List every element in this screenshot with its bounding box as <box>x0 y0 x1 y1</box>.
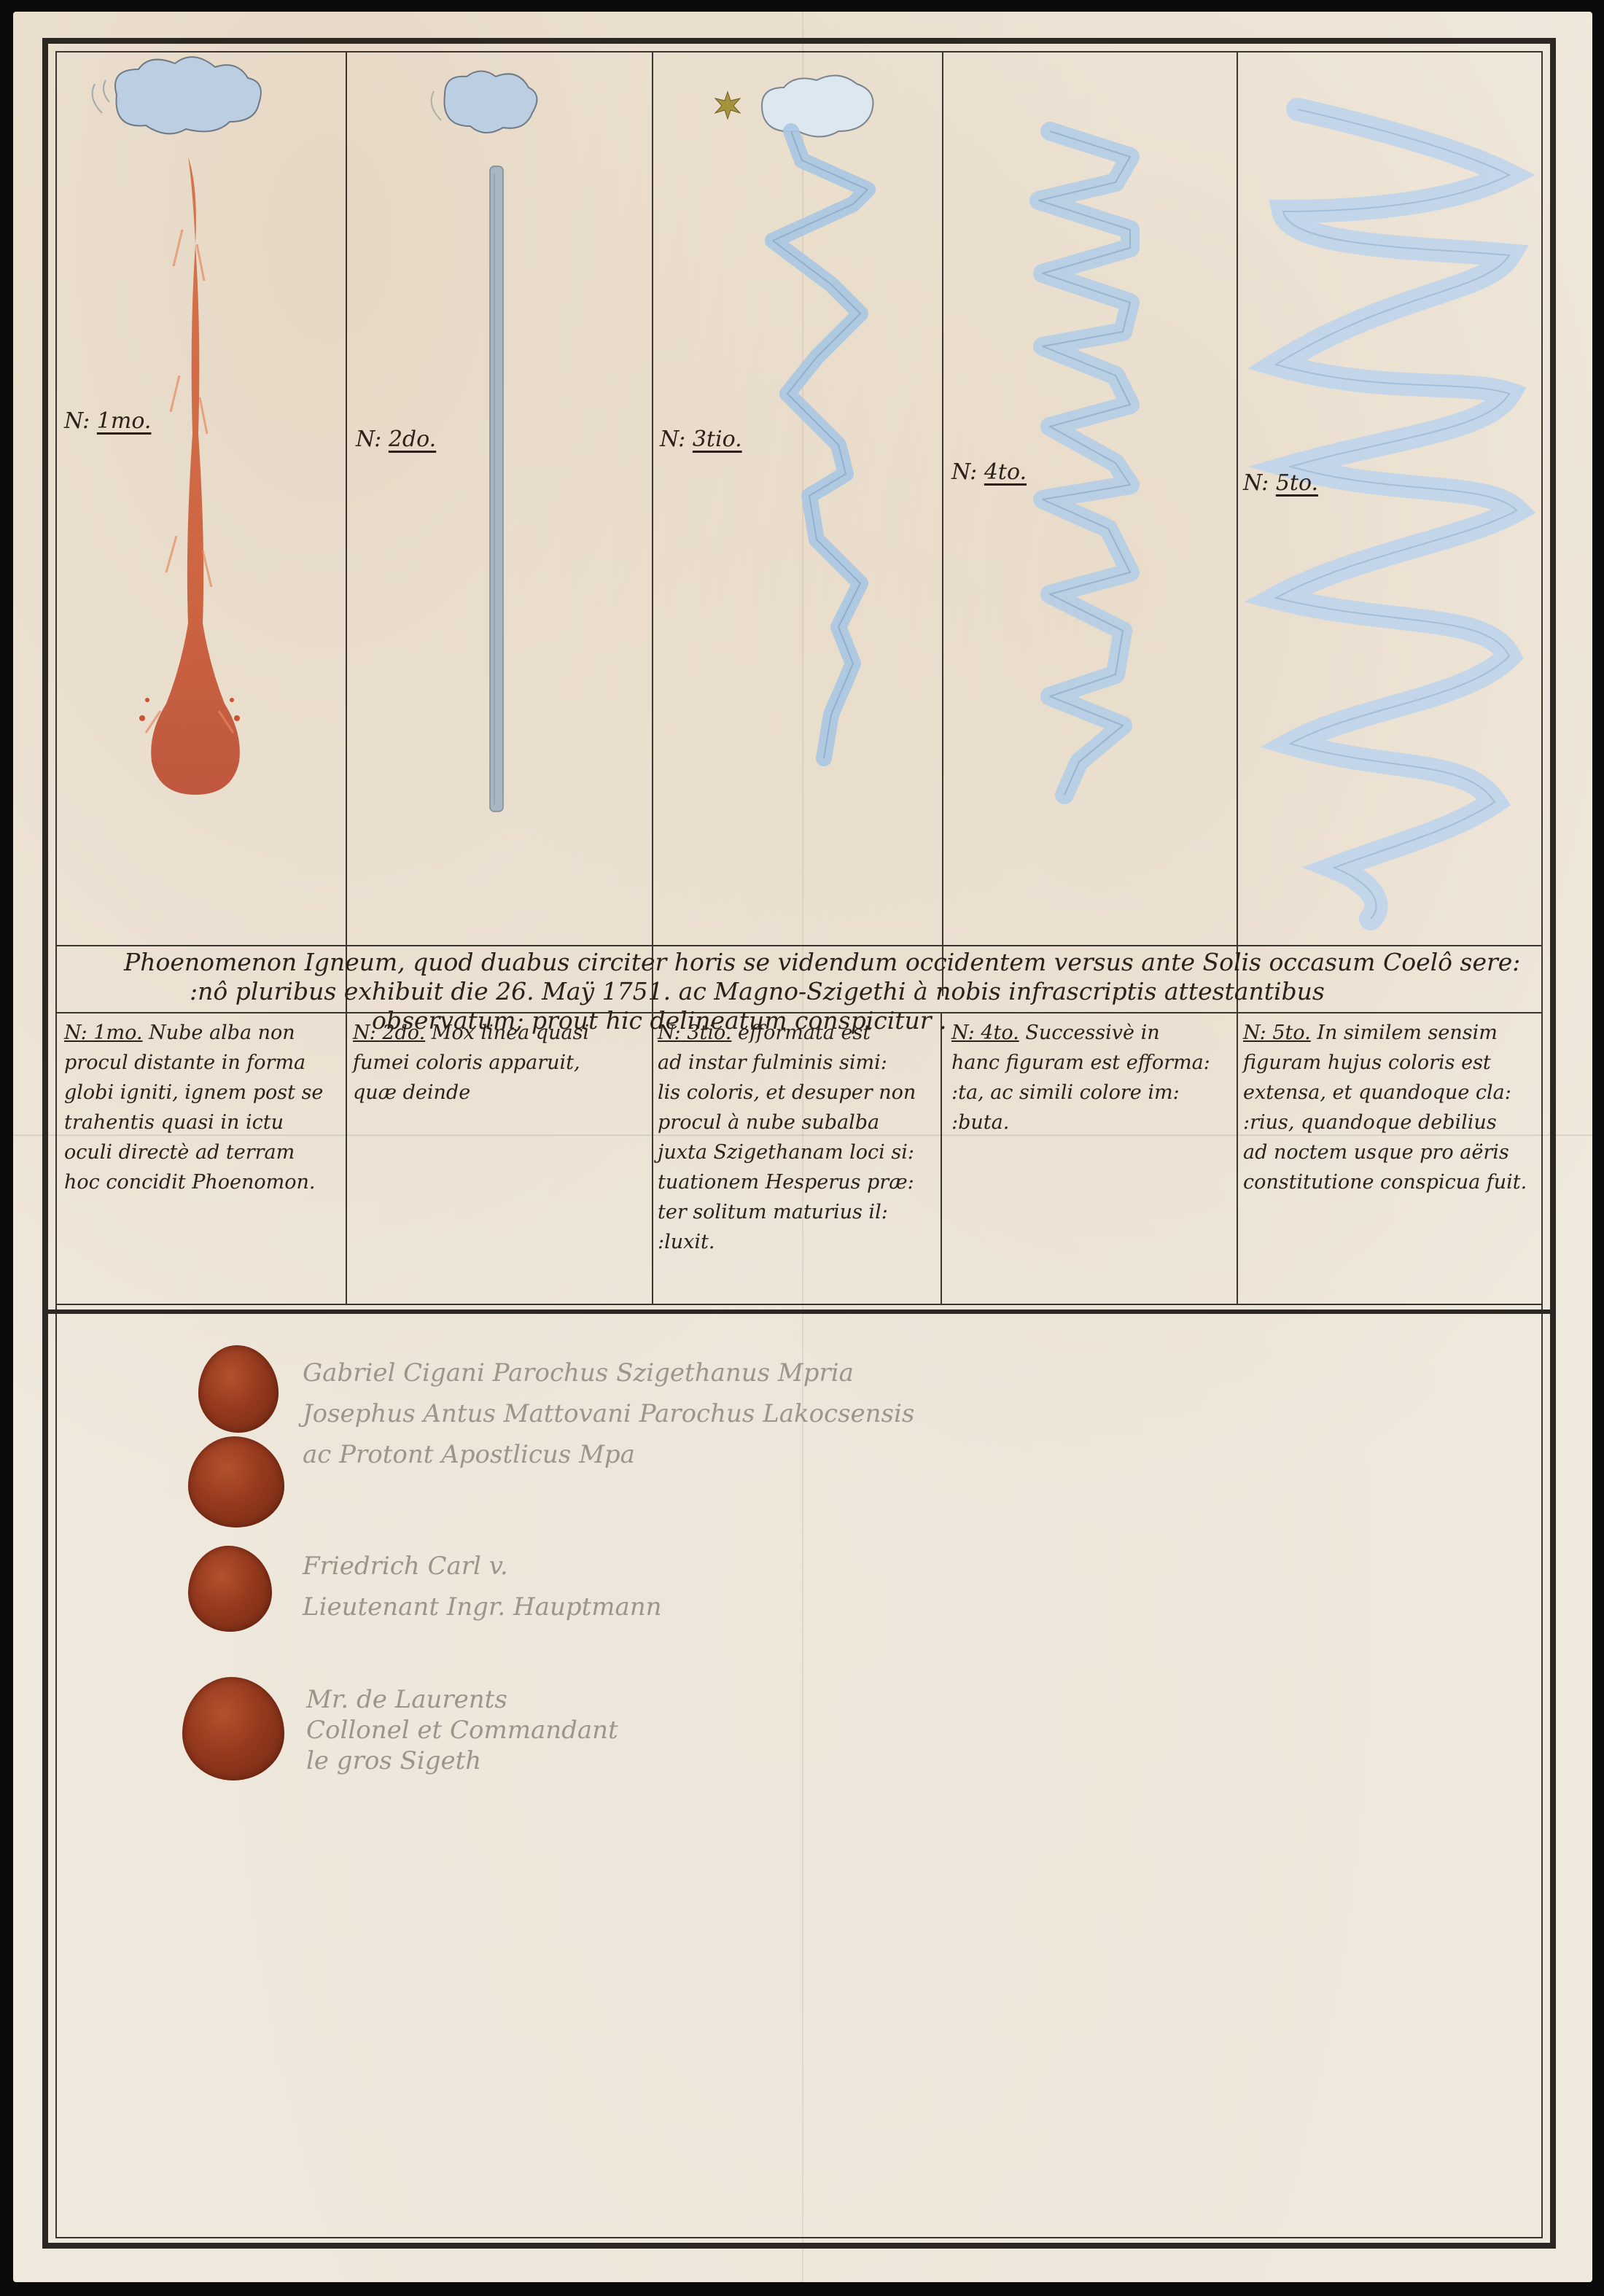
signature-block-lieutenant: Friedrich Carl v. Lieutenant Ingr. Haupt… <box>303 1546 886 1627</box>
grey-line-drawing <box>488 166 507 815</box>
description-cell-5: N: 5to. In similem sensim figuram hujus … <box>1243 1018 1542 1197</box>
signature-block-clergy: Gabriel Cigani Parochus Szigethanus Mpri… <box>303 1353 1177 1475</box>
bottom-inner-left-rule <box>55 1314 57 2237</box>
zigzag-drawing-panel-4 <box>1021 120 1167 806</box>
serpentine-band-drawing <box>1247 102 1538 933</box>
cloud-icon-panel-2 <box>419 58 565 139</box>
fiery-meteor-drawing <box>131 157 248 828</box>
section-divider-thick <box>42 1310 1556 1314</box>
star-icon <box>713 90 742 120</box>
signature-block-colonel: Mr. de Laurents Collonel et Commandant l… <box>306 1684 889 1776</box>
column-divider-1 <box>346 51 347 1304</box>
description-cell-1: N: 1mo. Nube alba non procul distante in… <box>64 1018 341 1197</box>
title-line-1: Phoenomenon Igneum, quod duabus circiter… <box>80 948 1531 977</box>
description-cell-2: N: 2do. Mox linea quasi fumei coloris ap… <box>353 1018 648 1108</box>
panel-label-2: N: 2do. <box>356 427 436 452</box>
title-row-top-rule <box>55 945 1543 946</box>
column-divider-3b <box>941 1012 942 1304</box>
title-line-2: :nô pluribus exhibuit die 26. Maÿ 1751. … <box>80 977 1531 1006</box>
cloud-icon-panel-1 <box>66 51 314 131</box>
panel-label-4: N: 4to. <box>951 459 1027 485</box>
lightning-zigzag-drawing <box>744 131 882 766</box>
description-cell-3: N: 3tio. efformata est ad instar fulmini… <box>658 1018 938 1257</box>
column-divider-3a <box>942 51 943 996</box>
description-cell-4: N: 4to. Successivè in hanc figuram est e… <box>951 1018 1232 1137</box>
panel-label-1: N: 1mo. <box>64 408 151 434</box>
description-row-bottom-rule <box>55 1304 1543 1305</box>
column-divider-2 <box>652 51 653 1304</box>
panel-label-3: N: 3tio. <box>660 427 742 452</box>
panel-label-5: N: 5to. <box>1243 470 1318 496</box>
column-divider-4 <box>1237 51 1238 1304</box>
